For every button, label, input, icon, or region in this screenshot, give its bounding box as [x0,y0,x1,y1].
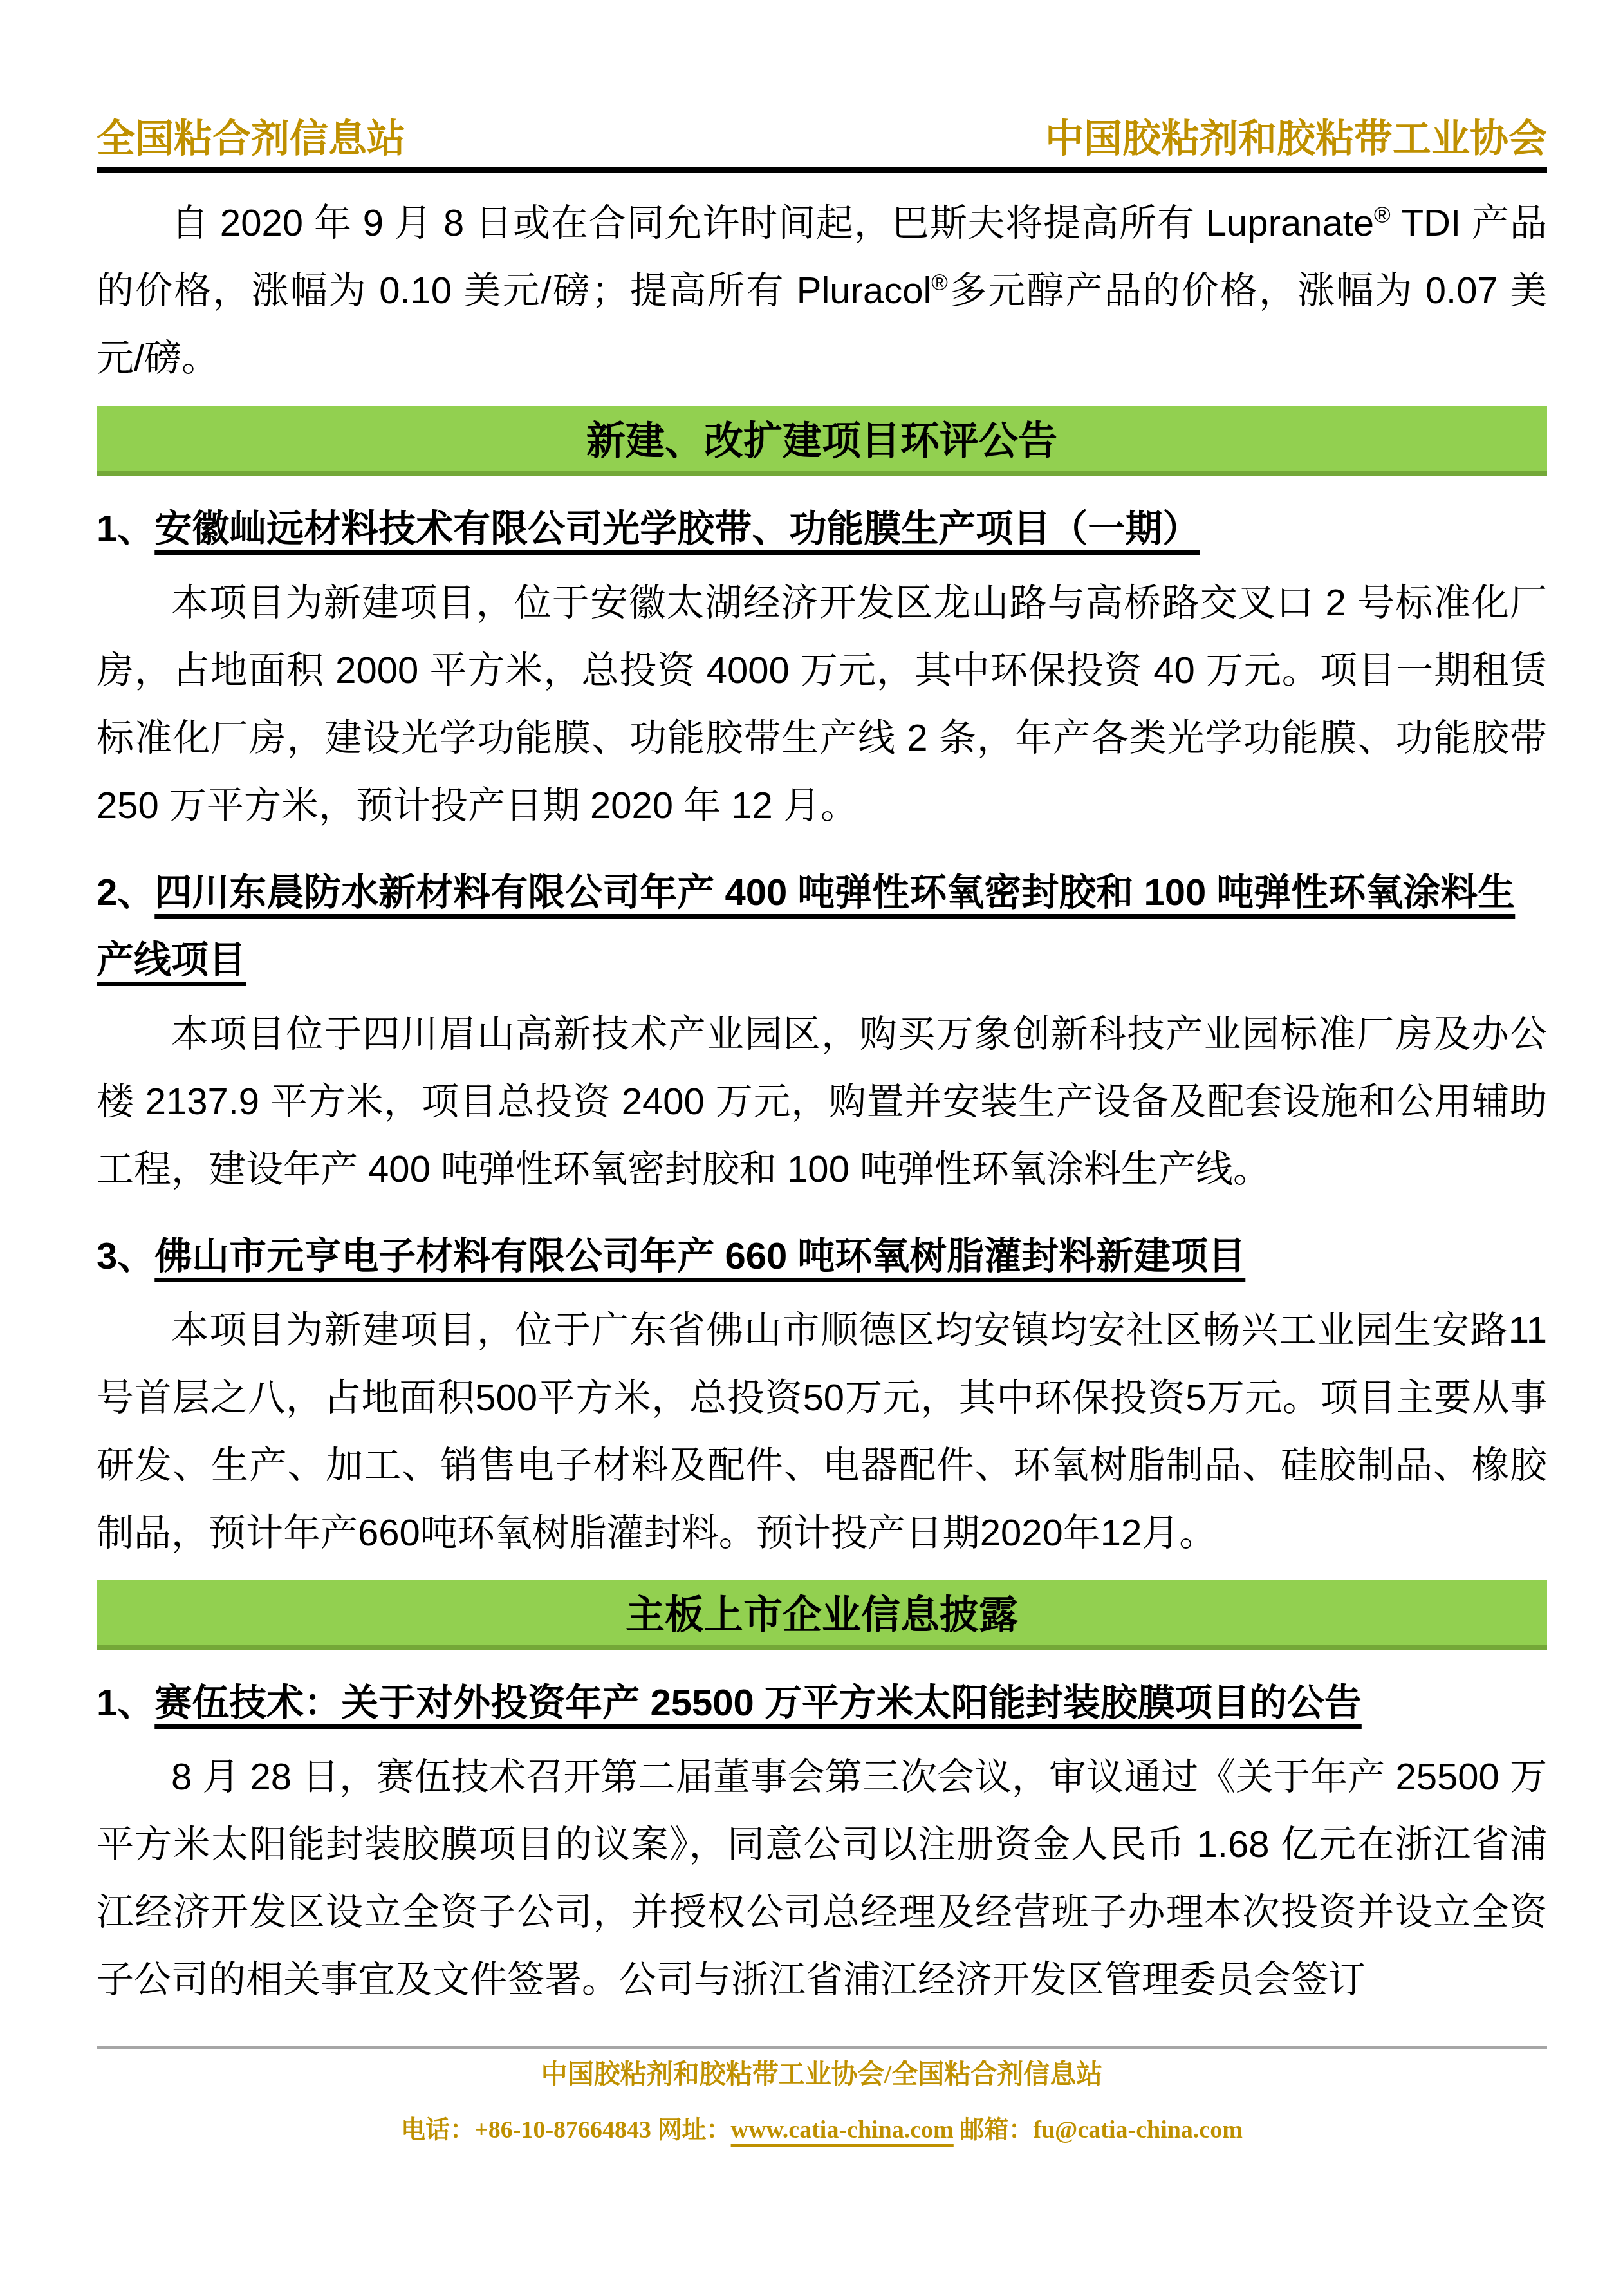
page-header: 全国粘合剂信息站 中国胶粘剂和胶粘带工业协会 [97,119,1547,173]
project-heading-1-number: 1、 [97,508,154,550]
section-banner-env-review: 新建、改扩建项目环评公告 [97,406,1547,476]
project-heading-3-number: 3、 [97,1235,154,1277]
intro-paragraph: 自 2020 年 9 月 8 日或在合同允许时间起，巴斯夫将提高所有 Lupra… [97,189,1547,392]
board-item-heading-1-number: 1、 [97,1682,154,1724]
board-item-heading-1-title: 赛伍技术：关于对外投资年产 25500 万平方米太阳能封装胶膜项目的公告 [154,1682,1362,1724]
project-heading-1-title: 安徽屾远材料技术有限公司光学胶带、功能膜生产项目（一期） [154,508,1200,550]
footer-contact-line: 电话：+86-10-87664843 网址：www.catia-china.co… [97,2116,1547,2144]
page-footer: 中国胶粘剂和胶粘带工业协会/全国粘合剂信息站 电话：+86-10-8766484… [97,2046,1547,2144]
project-heading-2-title: 四川东晨防水新材料有限公司年产 400 吨弹性环氧密封胶和 100 吨弹性环氧涂… [97,872,1515,981]
footer-url-link[interactable]: www.catia-china.com [731,2116,954,2143]
project-paragraph-2: 本项目位于四川眉山高新技术产业园区，购买万象创新科技产业园标准厂房及办公楼 21… [97,1000,1547,1203]
footer-phone-and-site-label: 电话：+86-10-87664843 网址： [401,2116,730,2143]
section-banner-board-disclosure-label: 主板上市企业信息披露 [626,1584,1018,1640]
intro-text-1: 自 2020 年 9 月 8 日或在合同允许时间起，巴斯夫将提高所有 Lupra… [171,202,1374,244]
page: 全国粘合剂信息站 中国胶粘剂和胶粘带工业协会 自 2020 年 9 月 8 日或… [0,0,1623,2296]
registered-trademark-icon: ® [931,270,948,295]
board-item-heading-1: 1、赛伍技术：关于对外投资年产 25500 万平方米太阳能封装胶膜项目的公告 [97,1669,1547,1737]
registered-trademark-icon: ® [1374,203,1391,228]
project-heading-3: 3、佛山市元亨电子材料有限公司年产 660 吨环氧树脂灌封料新建项目 [97,1222,1547,1290]
header-left-title: 全国粘合剂信息站 [97,119,405,159]
project-heading-2-number: 2、 [97,872,154,913]
footer-email-label: 邮箱：fu@catia-china.com [954,2116,1243,2143]
header-right-title: 中国胶粘剂和胶粘带工业协会 [1045,119,1547,159]
section-banner-env-review-label: 新建、改扩建项目环评公告 [586,410,1057,466]
footer-org-line: 中国胶粘剂和胶粘带工业协会/全国粘合剂信息站 [97,2059,1547,2089]
project-heading-1: 1、安徽屾远材料技术有限公司光学胶带、功能膜生产项目（一期） [97,495,1547,563]
project-heading-3-title: 佛山市元亨电子材料有限公司年产 660 吨环氧树脂灌封料新建项目 [154,1235,1245,1277]
project-paragraph-3: 本项目为新建项目，位于广东省佛山市顺德区均安镇均安社区畅兴工业园生安路11号首层… [97,1296,1547,1567]
board-item-paragraph-1: 8 月 28 日，赛伍技术召开第二届董事会第三次会议，审议通过《关于年产 255… [97,1743,1547,2013]
section-banner-board-disclosure: 主板上市企业信息披露 [97,1580,1547,1650]
project-paragraph-1: 本项目为新建项目，位于安徽太湖经济开发区龙山路与高桥路交叉口 2 号标准化厂房，… [97,569,1547,839]
project-heading-2: 2、四川东晨防水新材料有限公司年产 400 吨弹性环氧密封胶和 100 吨弹性环… [97,859,1547,994]
